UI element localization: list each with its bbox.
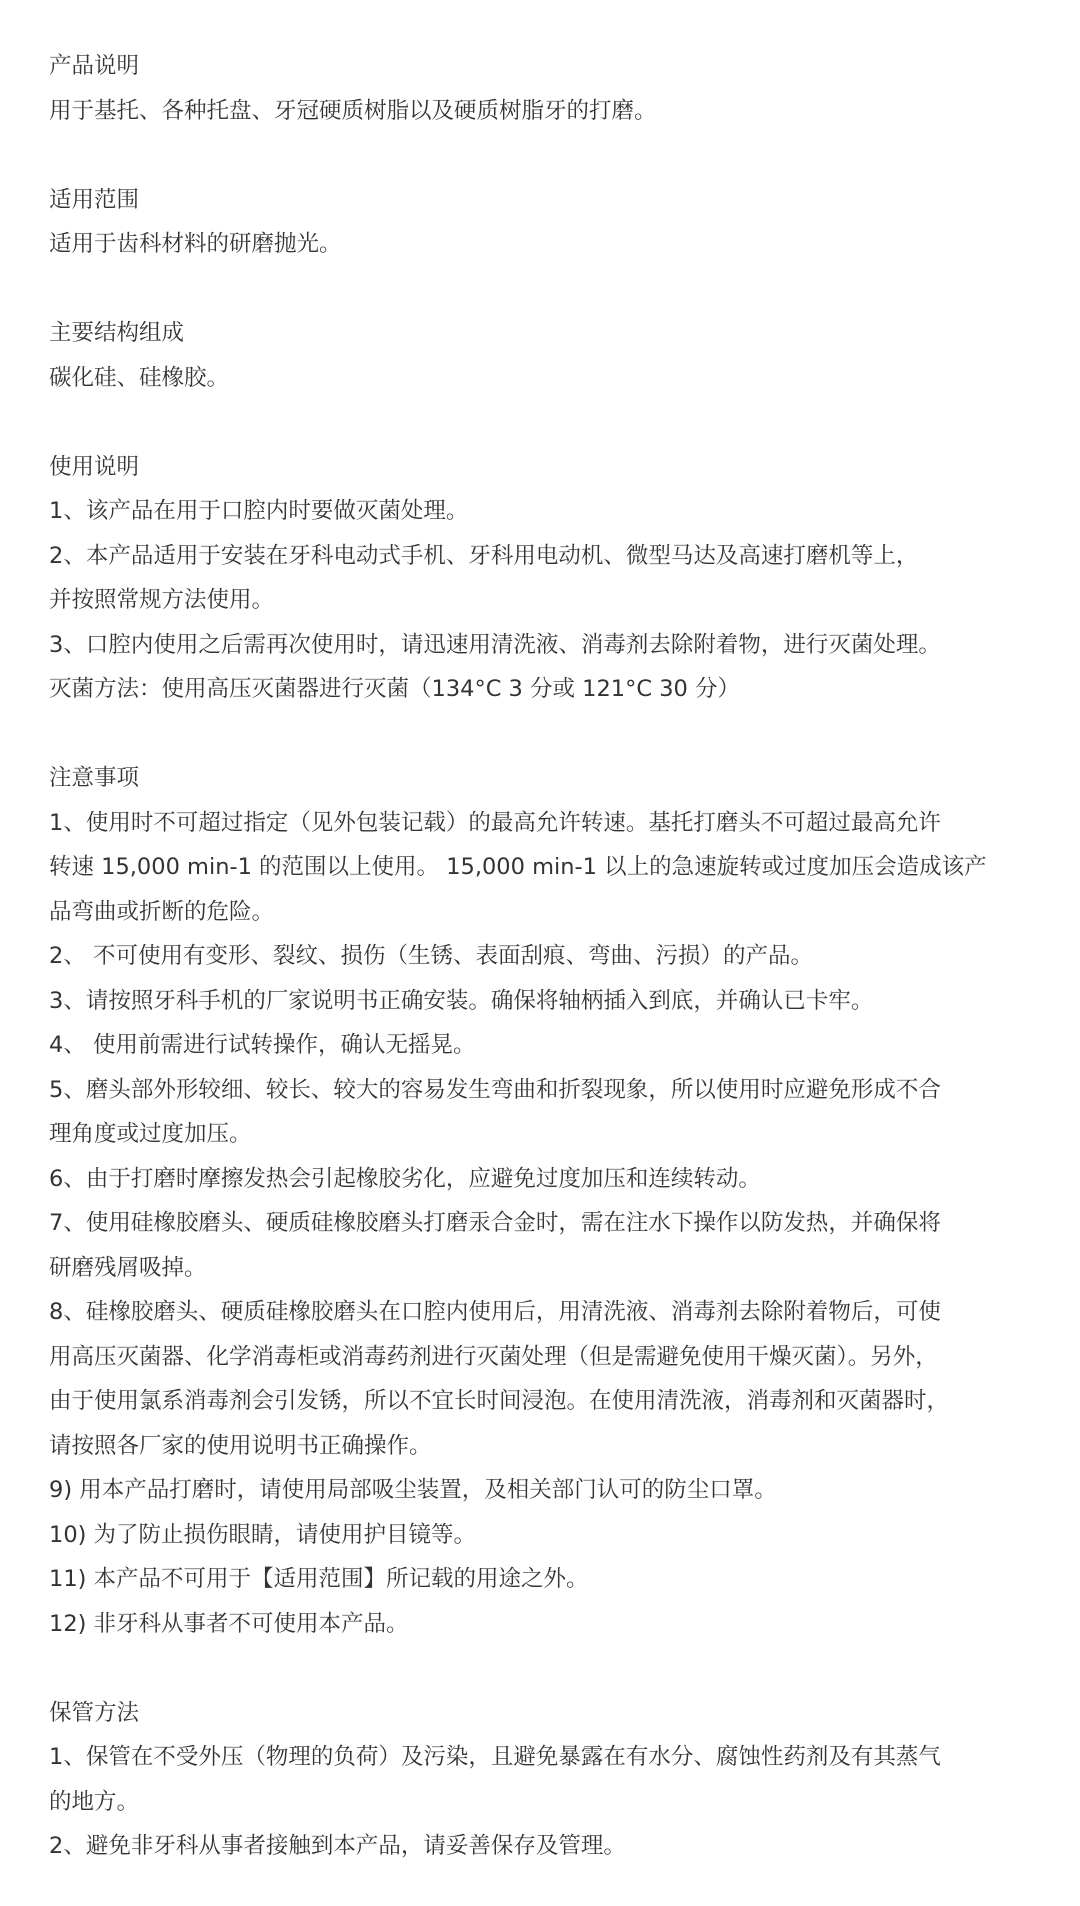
text-line: 用于基托、各种托盘、牙冠硬质树脂以及硬质树脂牙的打磨。 xyxy=(49,89,1049,134)
section-product-description: 产品说明 用于基托、各种托盘、牙冠硬质树脂以及硬质树脂牙的打磨。 xyxy=(49,44,1049,133)
section-spacer xyxy=(49,1646,1049,1691)
text-line: 10) 为了防止损伤眼睛，请使用护目镜等。 xyxy=(49,1513,1049,1558)
section-title: 产品说明 xyxy=(49,44,1049,89)
text-line: 2、 不可使用有变形、裂纹、损伤（生锈、表面刮痕、弯曲、污损）的产品。 xyxy=(49,934,1049,979)
section-storage-method: 保管方法 1、保管在不受外压（物理的负荷）及污染，且避免暴露在有水分、腐蚀性药剂… xyxy=(49,1691,1049,1869)
section-title: 适用范围 xyxy=(49,178,1049,223)
section-main-composition: 主要结构组成 碳化硅、硅橡胶。 xyxy=(49,311,1049,400)
section-title: 主要结构组成 xyxy=(49,311,1049,356)
text-line: 2、避免非牙科从事者接触到本产品，请妥善保存及管理。 xyxy=(49,1824,1049,1869)
text-line: 12) 非牙科从事者不可使用本产品。 xyxy=(49,1602,1049,1647)
text-line: 6、由于打磨时摩擦发热会引起橡胶劣化，应避免过度加压和连续转动。 xyxy=(49,1157,1049,1202)
text-line: 11) 本产品不可用于【适用范围】所记载的用途之外。 xyxy=(49,1557,1049,1602)
section-spacer xyxy=(49,133,1049,178)
section-usage-instructions: 使用说明 1、该产品在用于口腔内时要做灭菌处理。 2、本产品适用于安装在牙科电动… xyxy=(49,445,1049,712)
text-line: 由于使用氯系消毒剂会引发锈，所以不宜长时间浸泡。在使用清洗液，消毒剂和灭菌器时， xyxy=(49,1379,1049,1424)
text-line: 适用于齿科材料的研磨抛光。 xyxy=(49,222,1049,267)
text-line: 1、使用时不可超过指定（见外包装记载）的最高允许转速。基托打磨头不可超过最高允许 xyxy=(49,801,1049,846)
text-line: 5、磨头部外形较细、较长、较大的容易发生弯曲和折裂现象，所以使用时应避免形成不合 xyxy=(49,1068,1049,1113)
text-line: 3、请按照牙科手机的厂家说明书正确安装。确保将轴柄插入到底，并确认已卡牢。 xyxy=(49,979,1049,1024)
text-line: 品弯曲或折断的危险。 xyxy=(49,890,1049,935)
product-manual-document: 产品说明 用于基托、各种托盘、牙冠硬质树脂以及硬质树脂牙的打磨。 适用范围 适用… xyxy=(49,44,1049,1869)
text-line: 理角度或过度加压。 xyxy=(49,1112,1049,1157)
section-scope-of-application: 适用范围 适用于齿科材料的研磨抛光。 xyxy=(49,178,1049,267)
section-precautions: 注意事项 1、使用时不可超过指定（见外包装记载）的最高允许转速。基托打磨头不可超… xyxy=(49,756,1049,1646)
text-line: 用高压灭菌器、化学消毒柜或消毒药剂进行灭菌处理（但是需避免使用干燥灭菌）。另外， xyxy=(49,1335,1049,1380)
text-line: 并按照常规方法使用。 xyxy=(49,578,1049,623)
text-line: 3、口腔内使用之后需再次使用时，请迅速用清洗液、消毒剂去除附着物，进行灭菌处理。 xyxy=(49,623,1049,668)
text-line: 请按照各厂家的使用说明书正确操作。 xyxy=(49,1424,1049,1469)
text-line: 研磨残屑吸掉。 xyxy=(49,1246,1049,1291)
text-line: 灭菌方法：使用高压灭菌器进行灭菌（134°C 3 分或 121°C 30 分） xyxy=(49,667,1049,712)
section-title: 保管方法 xyxy=(49,1691,1049,1736)
text-line: 8、硅橡胶磨头、硬质硅橡胶磨头在口腔内使用后，用清洗液、消毒剂去除附着物后，可使 xyxy=(49,1290,1049,1335)
text-line: 4、 使用前需进行试转操作，确认无摇晃。 xyxy=(49,1023,1049,1068)
section-spacer xyxy=(49,400,1049,445)
text-line: 1、该产品在用于口腔内时要做灭菌处理。 xyxy=(49,489,1049,534)
text-line: 7、使用硅橡胶磨头、硬质硅橡胶磨头打磨汞合金时，需在注水下操作以防发热，并确保将 xyxy=(49,1201,1049,1246)
text-line: 9) 用本产品打磨时，请使用局部吸尘装置，及相关部门认可的防尘口罩。 xyxy=(49,1468,1049,1513)
section-title: 注意事项 xyxy=(49,756,1049,801)
text-line: 转速 15,000 min-1 的范围以上使用。 15,000 min-1 以上… xyxy=(49,845,1049,890)
text-line: 碳化硅、硅橡胶。 xyxy=(49,356,1049,401)
text-line: 的地方。 xyxy=(49,1780,1049,1825)
section-spacer xyxy=(49,267,1049,312)
section-spacer xyxy=(49,712,1049,757)
text-line: 1、保管在不受外压（物理的负荷）及污染，且避免暴露在有水分、腐蚀性药剂及有其蒸气 xyxy=(49,1735,1049,1780)
section-title: 使用说明 xyxy=(49,445,1049,490)
text-line: 2、本产品适用于安装在牙科电动式手机、牙科用电动机、微型马达及高速打磨机等上， xyxy=(49,534,1049,579)
